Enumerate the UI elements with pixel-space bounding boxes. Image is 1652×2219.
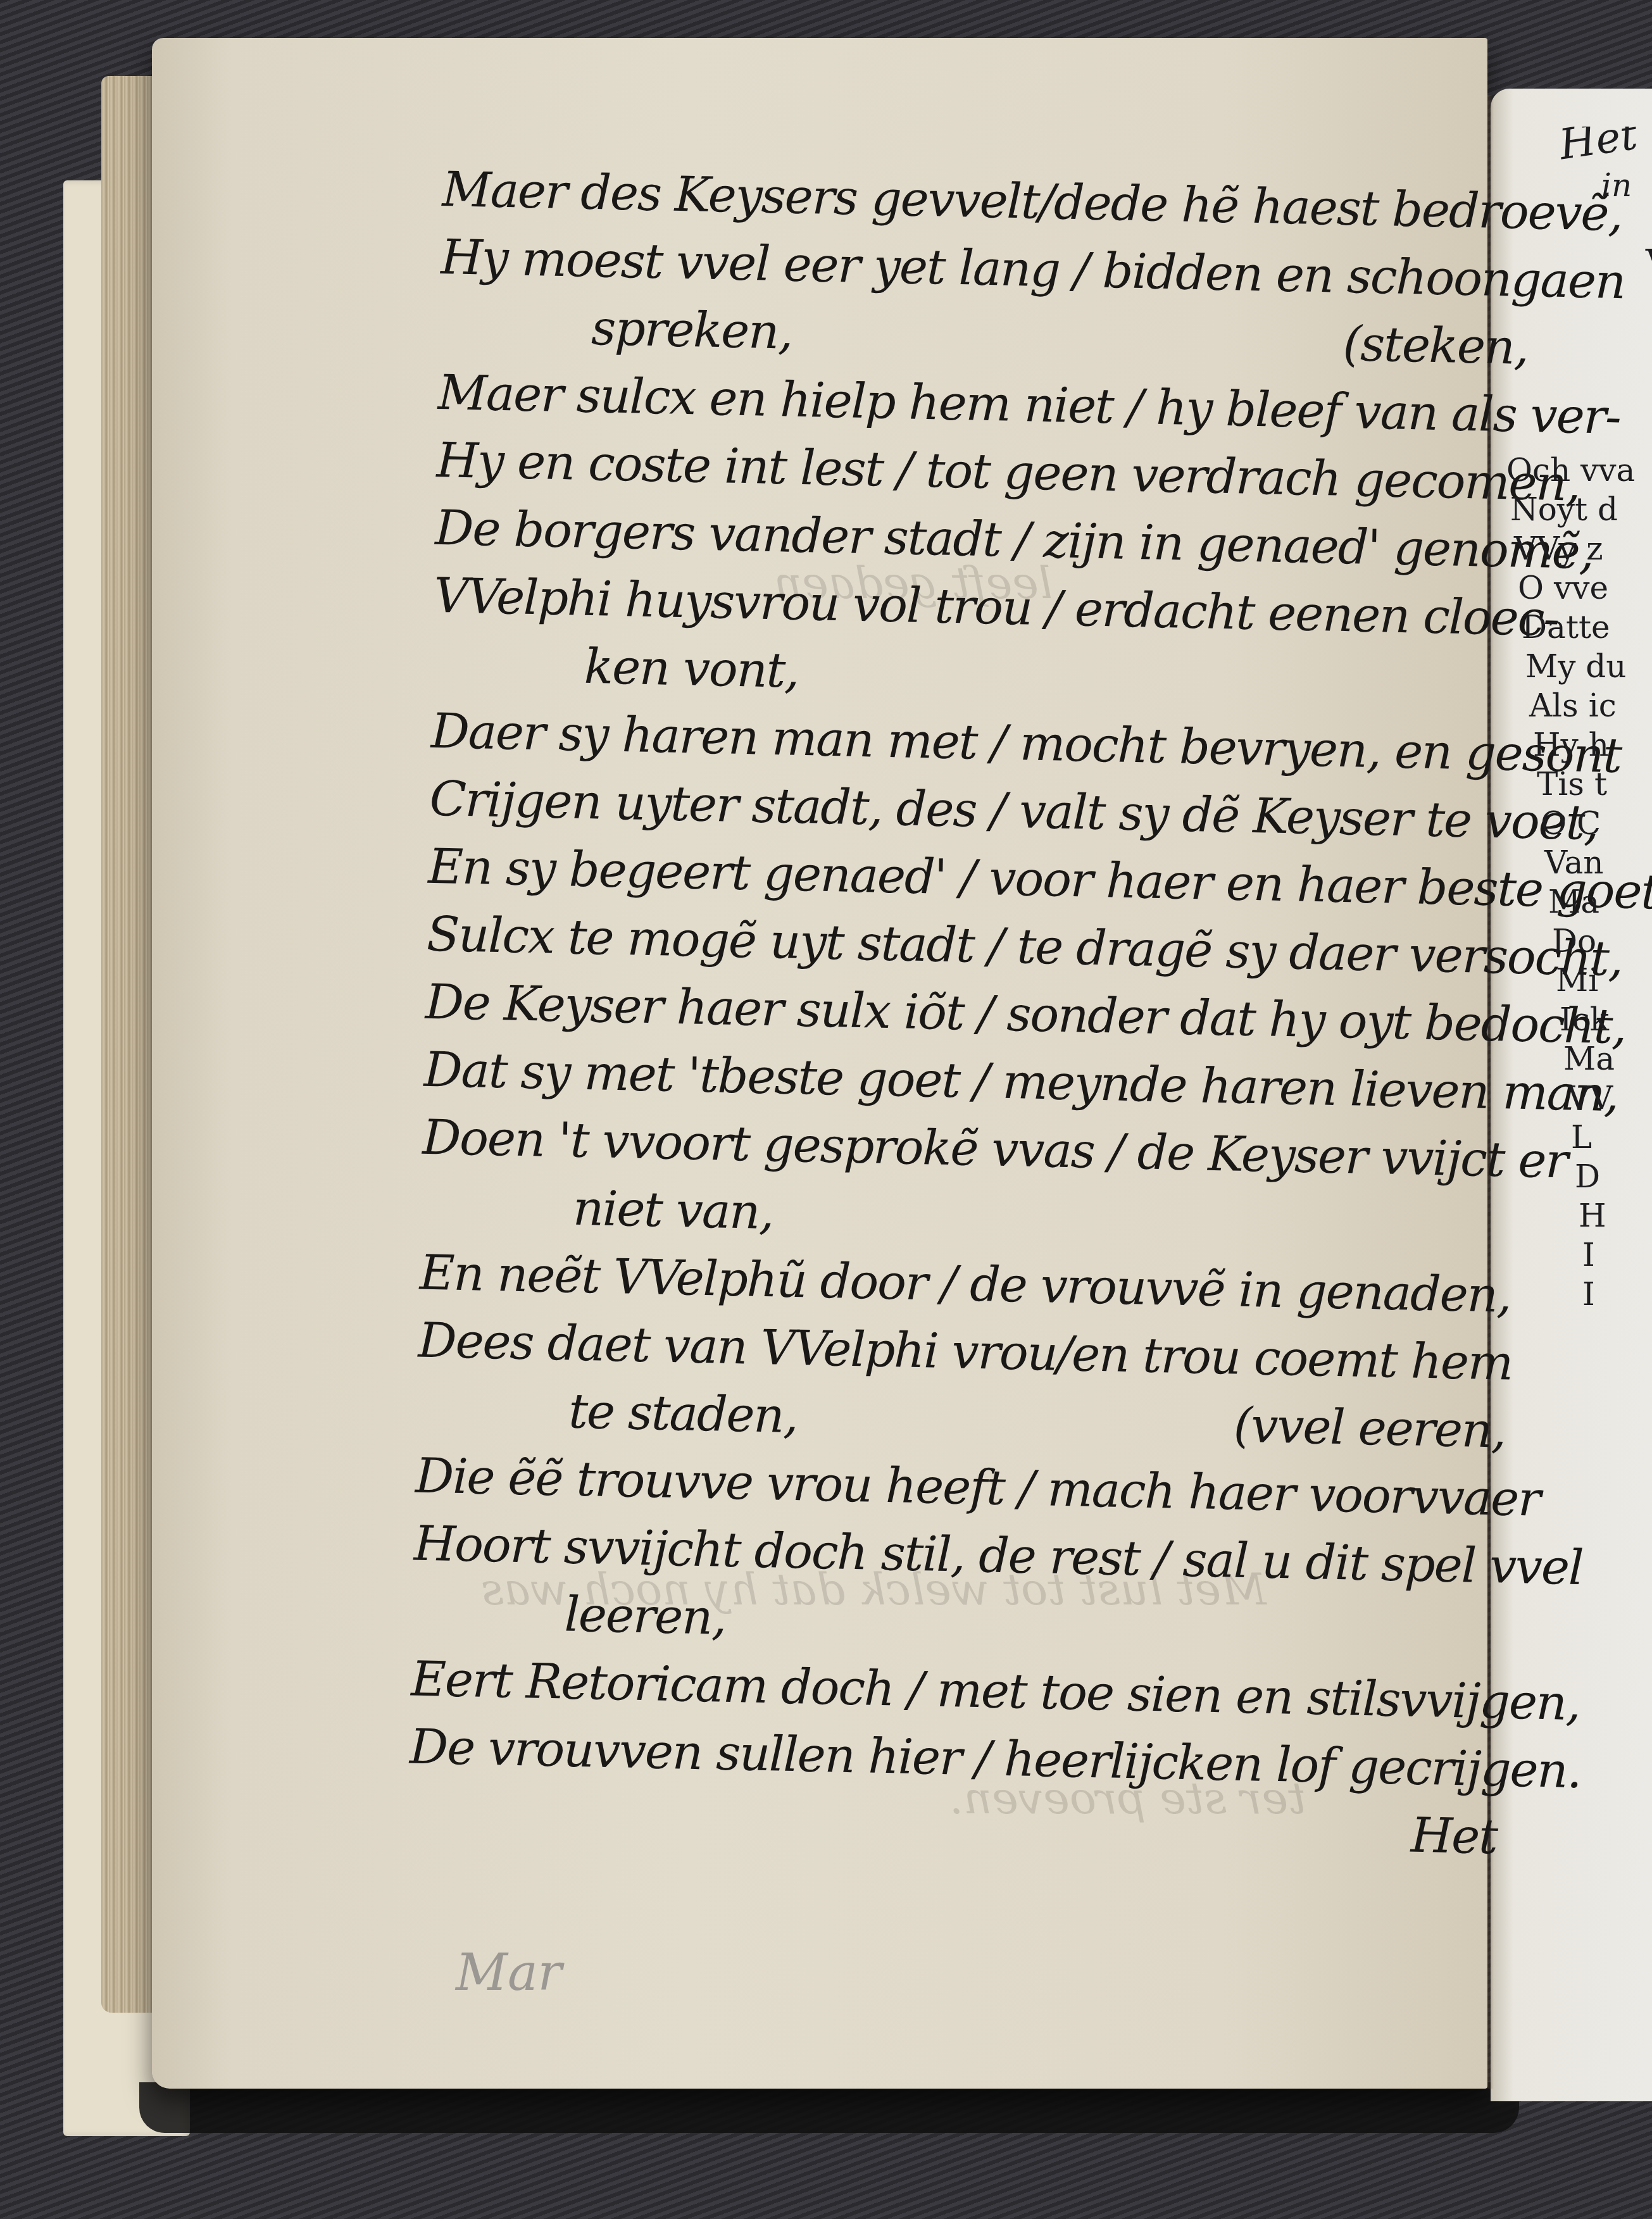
right-page-line: Datte (1522, 608, 1652, 647)
right-page-line: Ick (1560, 1000, 1652, 1039)
verse-line-text: spreken, (591, 299, 792, 360)
right-page-line: Do (1552, 922, 1652, 961)
book-shadow (139, 2082, 1519, 2133)
right-page-line: Van (1544, 843, 1652, 882)
right-page-initials: VV (1646, 242, 1652, 286)
right-page-lines: Och vvaNoyt dVVy zO vveDatteMy duAls icH… (1506, 451, 1652, 1314)
right-page-line: Als ic (1529, 686, 1652, 725)
right-page-line: H (1579, 1196, 1652, 1235)
right-page-line: Ma (1563, 1039, 1652, 1078)
right-page-line: L (1571, 1118, 1652, 1157)
verse-line-turnover: (steken, (1342, 309, 1529, 381)
verse-line-turnover: (vvel eeren, (1233, 1391, 1506, 1465)
verse-line-text: leeren, (564, 1586, 726, 1646)
right-page-line: Mi (1556, 961, 1652, 1000)
right-page-line: Och vva (1506, 451, 1652, 490)
verse-line-text: niet van, (572, 1180, 773, 1241)
right-page-line: Ma (1548, 882, 1652, 922)
right-page-subheading: in (1601, 167, 1652, 204)
pencil-annotation: Mar (456, 1943, 562, 2002)
right-page-line: VV (1567, 1078, 1652, 1118)
right-page-line: Hy h (1533, 725, 1652, 765)
right-page-heading: Het (1557, 127, 1652, 164)
verse-text-block: Maer des Keysers gevvelt/dede hẽ haest b… (408, 155, 1557, 1871)
right-page-line: D (1575, 1157, 1652, 1196)
right-page-line: My du (1525, 647, 1652, 686)
verse-line-text: ken vont, (584, 638, 799, 699)
right-page-line: Tis t (1537, 765, 1652, 804)
right-page-line: Noyt d (1510, 490, 1652, 529)
verse-line-text: te staden, (568, 1383, 798, 1444)
right-page-line: I (1582, 1235, 1652, 1275)
right-page-line: VVy z (1514, 529, 1652, 568)
right-page-line: O vve (1518, 568, 1652, 608)
right-page-line: I (1582, 1275, 1652, 1314)
right-page-text: Het in VV Och vvaNoyt dVVy zO vveDatteMy… (1506, 127, 1652, 1314)
right-page-line: O C (1541, 804, 1652, 843)
